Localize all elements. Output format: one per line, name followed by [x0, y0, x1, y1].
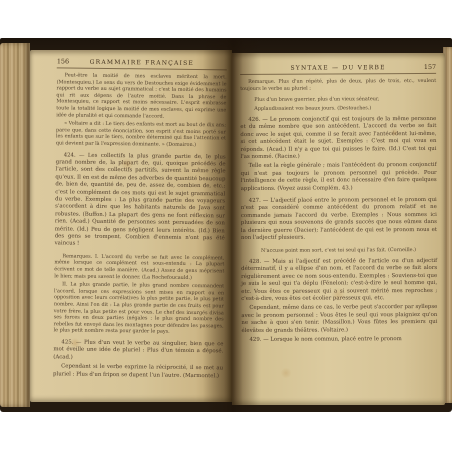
verse-line: N'accuse point mon sort, c'est toi seul … — [261, 246, 437, 253]
verse-line: Applaudissaient vos beaux jours. (Destou… — [254, 105, 436, 112]
left-running-head: 156 GRAMMAIRE FRANÇAISE 156 — [57, 57, 227, 70]
paragraph: Telle est la règle générale ; mais l'ant… — [241, 162, 437, 193]
remarque-paragraph: Remarque. Plus d'un répété, plus de deux… — [240, 78, 436, 92]
right-running-head: 157 SYNTAXE — DU VERBE 157 — [240, 63, 436, 75]
remarques-paragraph: Remarques. I. L'accord du verbe se fait … — [54, 253, 224, 281]
paragraph-428: 428. — Mais si l'adjectif est précédé de… — [241, 258, 437, 303]
paragraph-425: 425. — Plus d'un veut le verbe au singul… — [53, 339, 223, 363]
book: 156 GRAMMAIRE FRANÇAISE 156 Peut-être la… — [0, 38, 452, 412]
verse-line: Plus d'un brave guerrier, plus d'un vieu… — [254, 96, 436, 103]
paragraph: Cependant, même dans ce cas, le verbe pe… — [241, 304, 437, 335]
remarques-paragraph: II. La plus grande partie, le plus grand… — [54, 282, 225, 337]
left-page-content: 156 GRAMMAIRE FRANÇAISE 156 Peut-être la… — [30, 50, 232, 380]
left-page-number: 156 — [57, 57, 69, 65]
photo-of-open-book: { "colors":{ "background":"#ffffff", "pa… — [0, 0, 452, 452]
paragraph-429: 429. — Lorsque le nom commun, placé entr… — [241, 336, 437, 344]
page-fore-edges-left — [0, 43, 30, 407]
paragraph-424: 424. — Les collectifs la plus grande par… — [55, 152, 226, 250]
left-page: 156 GRAMMAIRE FRANÇAISE 156 Peut-être la… — [30, 50, 232, 402]
paragraph: Cependant si le verbe exprime la récipro… — [53, 363, 223, 380]
left-page-title: GRAMMAIRE FRANÇAISE — [69, 58, 215, 67]
right-page-number: 157 — [424, 63, 436, 71]
paragraph: « Voltaire a dit : Le tiers des enfants … — [56, 120, 226, 148]
right-page: 157 SYNTAXE — DU VERBE 157 Remarque. Plu… — [232, 53, 445, 405]
paragraph-426: 426. — Le pronom conjonctif qui est touj… — [240, 116, 436, 161]
paragraph-427: 427. — L'adjectif placé entre le pronom … — [241, 197, 437, 242]
right-page-title: SYNTAXE — DU VERBE — [252, 64, 424, 72]
right-page-content: 157 SYNTAXE — DU VERBE 157 Remarque. Plu… — [232, 53, 445, 344]
paragraph: Peut-être la moitié de mes esclaves méri… — [56, 72, 227, 120]
